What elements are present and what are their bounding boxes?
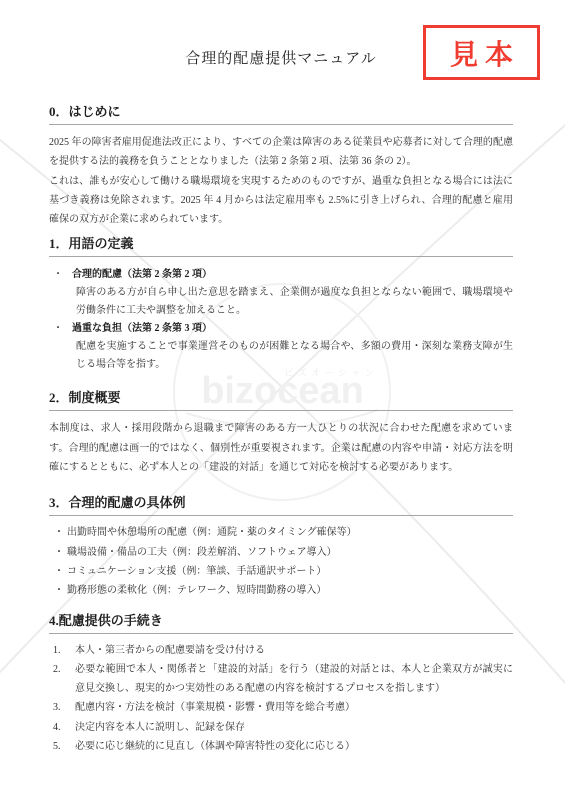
item-number: 2. (53, 660, 61, 679)
sample-stamp: 見本 (423, 25, 540, 80)
list-item: ・ 勤務形態の柔軟化（例：テレワーク、短時間勤務の導入） (49, 581, 513, 600)
sample-stamp-label: 見本 (443, 33, 520, 73)
paragraph: 2025 年の障害者雇用促進法改正により、すべての企業は障害のある従業員や応募者… (49, 133, 513, 172)
bullet-icon: ・ (54, 562, 64, 581)
section-heading: 3．合理的配慮の具体例 (49, 495, 513, 516)
definition-term: 過重な負担（法第 2 条第 3 項） (72, 320, 513, 338)
definition-description: 配慮を実施することで事業運営そのものが困難となる場合や、多額の費用・深刻な業務支… (72, 338, 513, 374)
numbered-item: 2. 必要な範囲で本人・関係者と「建設的対話」を行う（建設的対話とは、本人と企業… (49, 660, 513, 699)
definition-list: ・ 合理的配慮（法第 2 条第 2 項） 障害のある方が自ら申し出た意思を踏まえ… (49, 266, 513, 374)
item-number: 3. (53, 698, 61, 717)
section-introduction: 0．はじめに 2025 年の障害者雇用促進法改正により、すべての企業は障害のある… (49, 104, 513, 229)
definition-item: ・ 過重な負担（法第 2 条第 3 項） 配慮を実施することで事業運営そのものが… (49, 320, 513, 374)
bullet-icon: ・ (53, 320, 63, 338)
numbered-item-text: 必要に応じ継続的に見直し（体調や障害特性の変化に応じる） (75, 741, 355, 752)
definition-item: ・ 合理的配慮（法第 2 条第 2 項） 障害のある方が自ら申し出た意思を踏まえ… (49, 266, 513, 320)
section-heading: 1．用語の定義 (49, 236, 513, 257)
numbered-item-text: 配慮内容・方法を検討（事業規模・影響・費用等を総合考慮） (75, 702, 355, 713)
example-list: ・ 出勤時間や休憩場所の配慮（例：通院・薬のタイミング確保等） ・ 職場設備・備… (49, 523, 513, 600)
bullet-icon: ・ (54, 543, 64, 562)
section-definitions: 1．用語の定義 ・ 合理的配慮（法第 2 条第 2 項） 障害のある方が自ら申し… (49, 236, 513, 374)
bullet-icon: ・ (53, 266, 63, 284)
document-content: 合理的配慮提供マニュアル 0．はじめに 2025 年の障害者雇用促進法改正により… (49, 0, 513, 756)
list-item: ・ コミュニケーション支援（例：筆談、手話通訳サポート） (49, 562, 513, 581)
item-number: 1. (53, 641, 61, 660)
list-item-text: コミュニケーション支援（例：筆談、手話通訳サポート） (67, 566, 326, 577)
item-number: 4. (53, 718, 61, 737)
section-heading: 0．はじめに (49, 104, 513, 125)
item-number: 5. (53, 737, 61, 756)
list-item-text: 勤務形態の柔軟化（例：テレワーク、短時間勤務の導入） (67, 585, 326, 596)
list-item: ・ 職場設備・備品の工夫（例：段差解消、ソフトウェア導入） (49, 543, 513, 562)
section-heading: 2．制度概要 (49, 390, 513, 411)
bullet-icon: ・ (54, 581, 64, 600)
list-item: ・ 出勤時間や休憩場所の配慮（例：通院・薬のタイミング確保等） (49, 523, 513, 542)
section-procedure: 4.配慮提供の手続き 1. 本人・第三者からの配慮要請を受け付ける 2. 必要な… (49, 613, 513, 757)
bullet-icon: ・ (54, 523, 64, 542)
paragraph: これは、誰もが安心して働ける職場環境を実現するためのものですが、過重な負担となる… (49, 172, 513, 230)
paragraph: 本制度は、求人・採用段階から退職まで障害のある方一人ひとりの状況に合わせた配慮を… (49, 419, 513, 477)
definition-description: 障害のある方が自ら申し出た意思を踏まえ、企業側が過度な負担とならない範囲で、職場… (72, 284, 513, 320)
numbered-item: 3. 配慮内容・方法を検討（事業規模・影響・費用等を総合考慮） (49, 698, 513, 717)
procedure-list: 1. 本人・第三者からの配慮要請を受け付ける 2. 必要な範囲で本人・関係者と「… (49, 641, 513, 757)
numbered-item: 1. 本人・第三者からの配慮要請を受け付ける (49, 641, 513, 660)
numbered-item: 5. 必要に応じ継続的に見直し（体調や障害特性の変化に応じる） (49, 737, 513, 756)
list-item-text: 職場設備・備品の工夫（例：段差解消、ソフトウェア導入） (67, 547, 337, 558)
document-page: { "doc": { "title": "合理的配慮提供マニュアル", "sta… (0, 0, 565, 800)
section-heading: 4.配慮提供の手続き (49, 613, 513, 634)
section-overview: 2．制度概要 本制度は、求人・採用段階から退職まで障害のある方一人ひとりの状況に… (49, 390, 513, 477)
numbered-item-text: 必要な範囲で本人・関係者と「建設的対話」を行う（建設的対話とは、本人と企業双方が… (75, 664, 513, 694)
numbered-item-text: 本人・第三者からの配慮要請を受け付ける (75, 645, 265, 656)
numbered-item-text: 決定内容を本人に説明し、記録を保存 (75, 722, 245, 733)
section-examples: 3．合理的配慮の具体例 ・ 出勤時間や休憩場所の配慮（例：通院・薬のタイミング確… (49, 495, 513, 600)
definition-term: 合理的配慮（法第 2 条第 2 項） (72, 266, 513, 284)
list-item-text: 出勤時間や休憩場所の配慮（例：通院・薬のタイミング確保等） (67, 527, 357, 538)
numbered-item: 4. 決定内容を本人に説明し、記録を保存 (49, 718, 513, 737)
